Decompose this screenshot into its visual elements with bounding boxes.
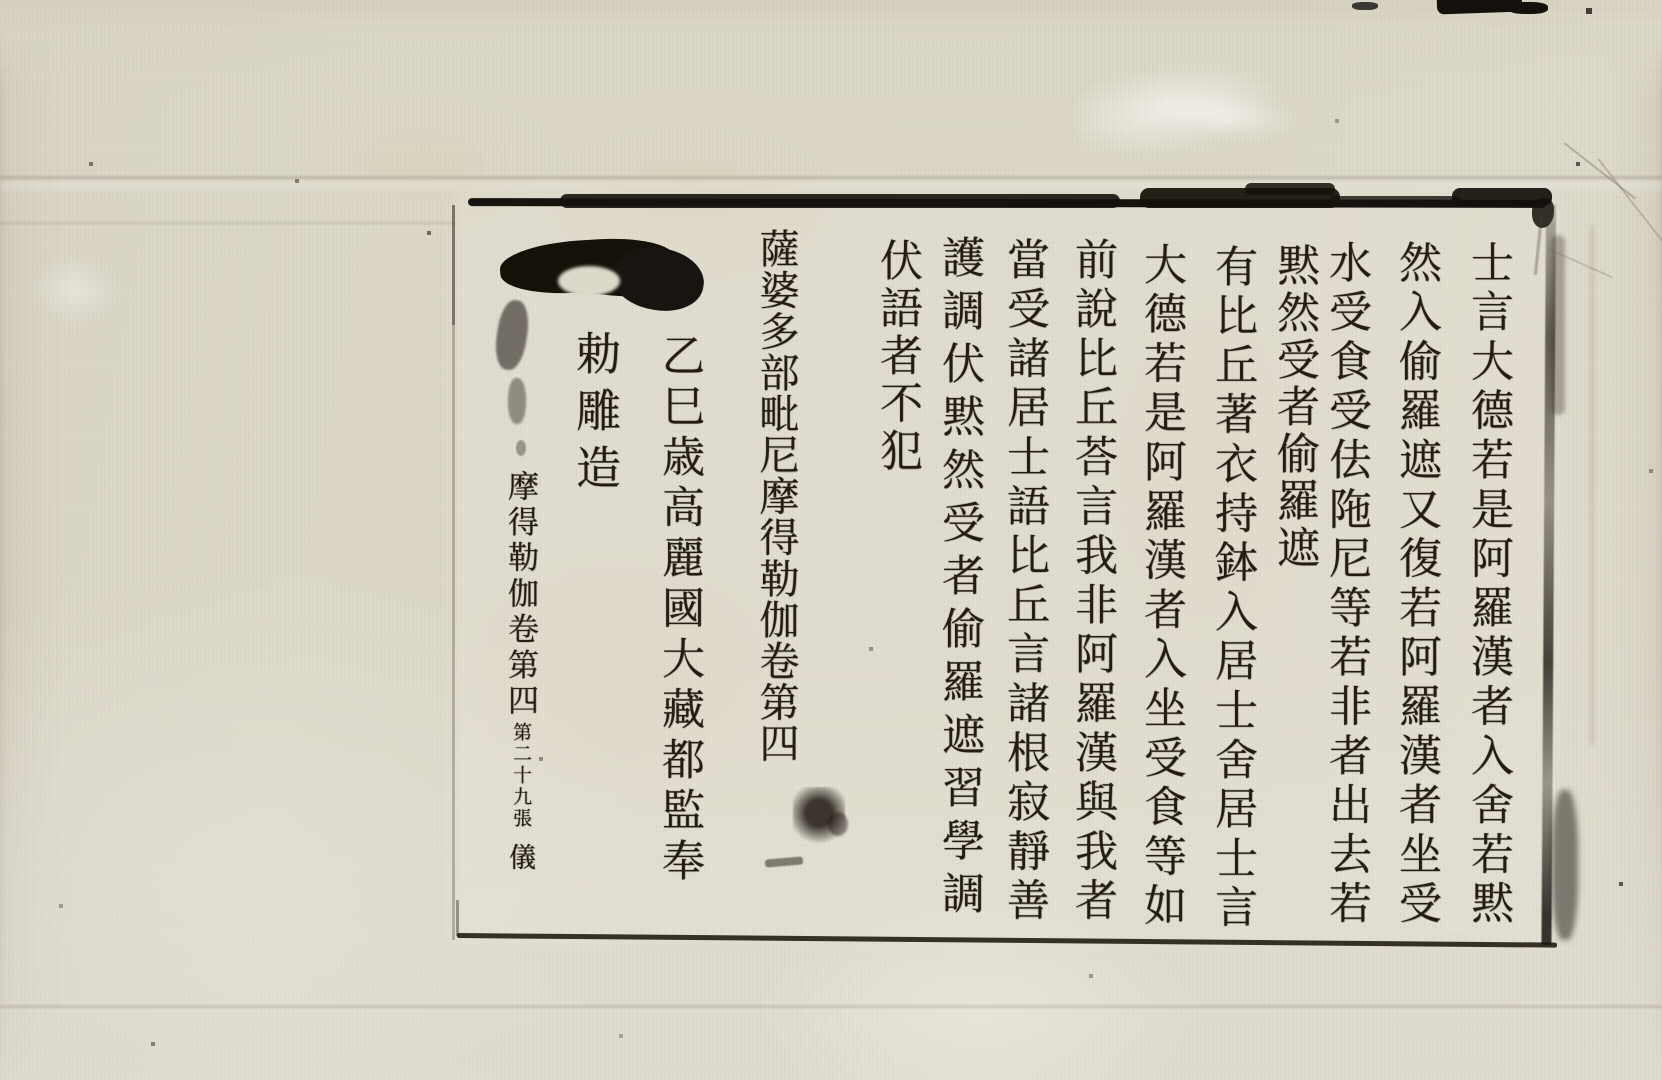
sutra-scan-page: 士言大德若是阿羅漢者入舍若黙 然入偷羅遮又復若阿羅漢者坐受 水受食受佉陁尼等若非… (0, 0, 1662, 1080)
text-column-4: 黙然受者偷羅遮 (1264, 243, 1325, 572)
sheet-title: 摩得勒伽卷第四 (503, 470, 538, 720)
horizontal-crease-bottom (0, 1005, 1662, 1008)
horizontal-crease-top (0, 176, 1662, 179)
white-stain-left (30, 255, 120, 325)
top-edge-smudge-2 (1508, 2, 1548, 14)
colophon-column-1: 乙巳歳高麗國大藏都監奉 (649, 333, 710, 889)
vertical-crease-right (1590, 225, 1594, 745)
text-column-7: 前說比丘荅言我非阿羅漢與我者 (1062, 237, 1123, 927)
white-stain-small (1163, 88, 1297, 143)
text-column-3: 水受食受佉陁尼等若非者出去若 (1316, 240, 1377, 930)
horizontal-crease-top-highlight (0, 181, 1662, 191)
text-column-9: 護調伏黙然受者偷羅遮習學調 (929, 235, 990, 924)
text-column-8: 當受諸居士語比丘言諸根寂靜善 (994, 237, 1055, 927)
text-column-6: 大德若是阿羅漢者入坐受食等如 (1131, 242, 1192, 932)
top-edge-smudge-3 (1352, 2, 1378, 10)
text-column-1: 士言大德若是阿羅漢者入舍若黙 (1458, 240, 1519, 930)
text-column-10: 伏語者不犯 (867, 238, 928, 476)
horizontal-crease-left (0, 222, 455, 224)
white-stain-large (1075, 51, 1285, 163)
scratch-mark-2 (1597, 158, 1662, 254)
sheet-label-column: 摩得勒伽卷第四第二十九張儀 (498, 470, 543, 875)
end-title-column: 薩婆多部毗尼摩得勒伽卷第四 (748, 228, 805, 764)
top-edge-smudge-1 (1437, 0, 1522, 14)
colophon-column-2: 勅雕造 (562, 330, 627, 501)
text-column-2: 然入偷羅遮又復若阿羅漢者坐受 (1386, 240, 1447, 930)
scratch-mark-1 (1564, 143, 1636, 200)
text-column-5: 有比丘著衣持鉢入居士舍居士言 (1202, 244, 1263, 934)
ink-speck-layer (0, 0, 2, 2)
volume-marker: 儀 (505, 843, 535, 875)
sheet-number: 第二十九張 (510, 722, 531, 829)
